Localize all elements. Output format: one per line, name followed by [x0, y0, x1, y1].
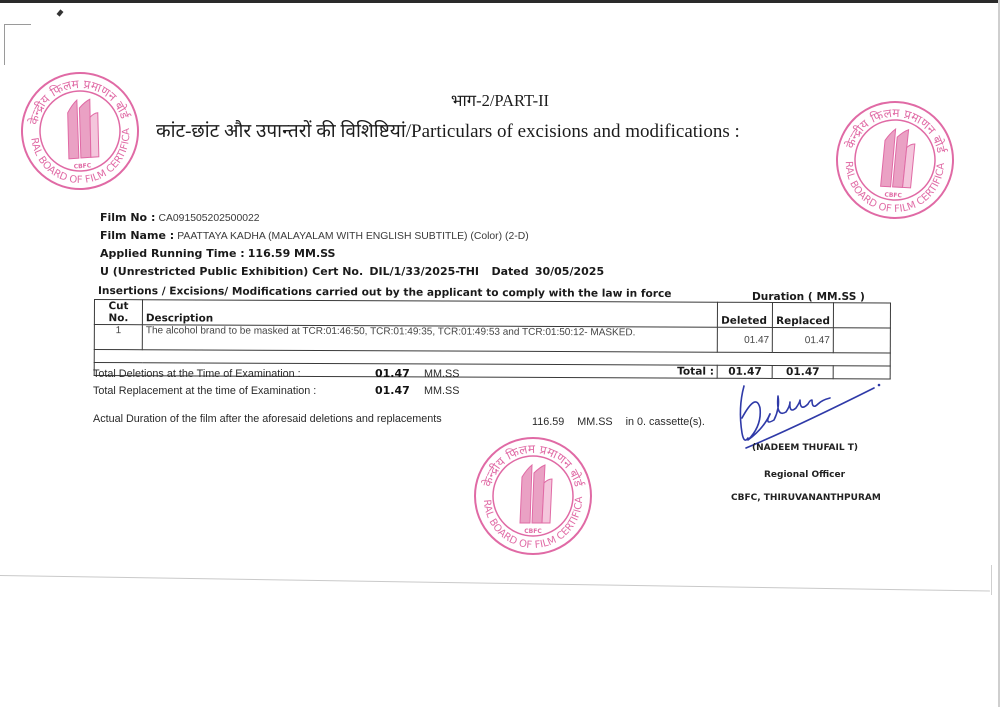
actual-duration-label: Actual Duration of the film after the af… [93, 413, 442, 425]
running-time-line: Applied Running Time : 116.59 MM.SS [100, 247, 335, 260]
film-no-value: CA091505202500022 [158, 213, 259, 224]
svg-text:CBFC: CBFC [884, 191, 902, 199]
column-header-blank [833, 303, 890, 328]
column-header-cut-no: Cut No. [94, 300, 142, 325]
total-replaced: 01.47 [772, 365, 833, 378]
total-deleted: 01.47 [717, 365, 772, 378]
running-time-value: 116.59 MM.SS [248, 247, 336, 260]
cell-deleted: 01.47 [718, 327, 773, 352]
total-deletions-label: Total Deletions at the Time of Examinati… [93, 368, 372, 380]
total-replacement-line: Total Replacement at the time of Examina… [93, 384, 459, 397]
svg-text:CBFC: CBFC [524, 528, 542, 535]
svg-text:CBFC: CBFC [74, 162, 93, 170]
scan-mark [57, 9, 64, 16]
cell-cut-no: 1 [94, 325, 142, 350]
column-header-deleted: Deleted [718, 302, 773, 327]
scan-top-edge [0, 0, 1000, 3]
film-no-line: Film No : CA091505202500022 [100, 211, 260, 224]
signature-icon [734, 378, 884, 453]
total-replacement-value: 01.47 [375, 384, 421, 397]
total-deletions-unit: MM.SS [424, 368, 459, 380]
page-fold-edge [991, 565, 992, 595]
total-replacement-label: Total Replacement at the time of Examina… [93, 385, 372, 397]
actual-duration-value: 116.59 [532, 416, 564, 428]
cbfc-stamp-icon: केन्द्रीय फिलम प्रमाणन बोर्ड CENTRAL BOA… [472, 435, 594, 557]
table-row: 1 The alcohol brand to be masked at TCR:… [94, 325, 890, 353]
certificate-line: U (Unrestricted Public Exhibition) Cert … [100, 265, 604, 278]
certificate-label: U (Unrestricted Public Exhibition) Cert … [100, 265, 363, 278]
cassette-text: in 0. cassette(s). [626, 416, 705, 428]
total-replacement-unit: MM.SS [424, 385, 459, 397]
page-fold-line [0, 575, 990, 592]
film-name-line: Film Name : PAATTAYA KADHA (MALAYALAM WI… [100, 229, 529, 242]
actual-duration-unit: MM.SS [577, 416, 612, 428]
part-label: भाग-2/PART-II [0, 88, 1000, 111]
film-name-label: Film Name : [100, 229, 174, 242]
certificate-number: DIL/1/33/2025-THI [369, 265, 479, 278]
cbfc-stamp-icon: केन्द्रीय फिलम प्रमाणन बोर्ड CENTRAL BOA… [831, 96, 959, 224]
film-no-label: Film No : [100, 211, 155, 224]
dated-value: 30/05/2025 [535, 265, 604, 278]
running-time-label: Applied Running Time : [100, 247, 245, 260]
total-deletions-value: 01.47 [375, 367, 421, 380]
signatory-office: CBFC, THIRUVANANTHPURAM [731, 493, 881, 503]
cell-replaced: 01.47 [773, 327, 834, 352]
table-header-row: Cut No. Description Deleted Replaced [94, 300, 890, 328]
total-deletions-line: Total Deletions at the Time of Examinati… [93, 367, 459, 380]
signatory-title: Regional Officer [764, 470, 845, 480]
cell-blank [833, 328, 890, 353]
cuts-section-heading: Insertions / Excisions/ Modifications ca… [98, 285, 672, 300]
film-name-value: PAATTAYA KADHA (MALAYALAM WITH ENGLISH S… [177, 231, 528, 242]
column-header-description: Description [142, 300, 717, 328]
page-title: कांट-छांट और उपान्तरों की विशिष्टियां/Pa… [156, 117, 740, 143]
total-blank [833, 366, 890, 379]
cell-description: The alcohol brand to be masked at TCR:01… [142, 325, 717, 353]
column-header-replaced: Replaced [773, 302, 834, 327]
signatory-name: (NADEEM THUFAIL T) [752, 443, 858, 453]
cbfc-stamp-icon: केन्द्रीय फिलम प्रमाणन बोर्ड CENTRAL BOA… [15, 66, 145, 196]
actual-duration-line: 116.59 MM.SS in 0. cassette(s). [532, 416, 715, 428]
scan-corner-mark [4, 24, 31, 65]
dated-label: Dated [491, 265, 528, 278]
